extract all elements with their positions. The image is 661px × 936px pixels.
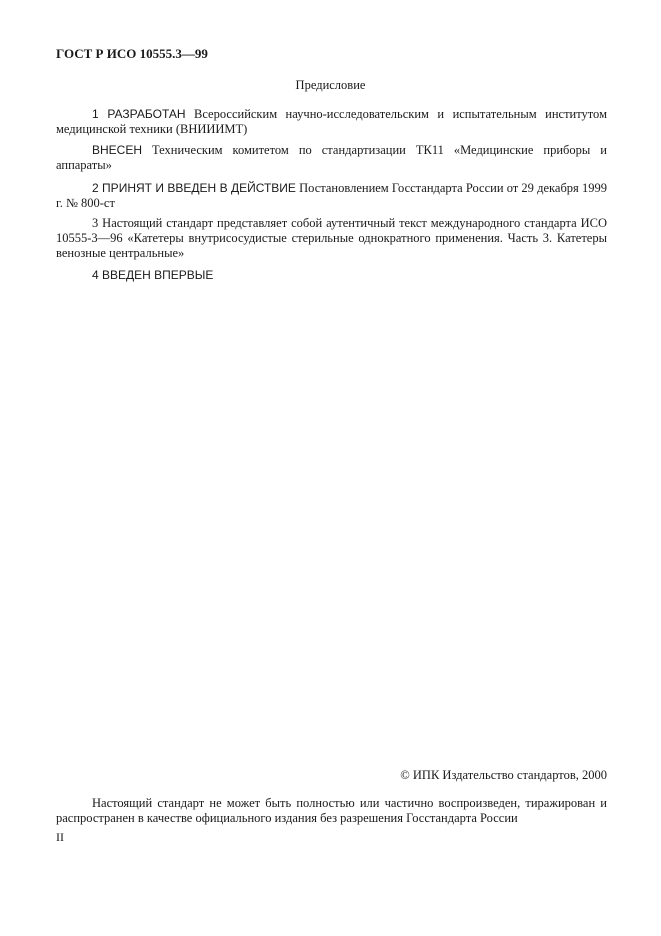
page-title: Предисловие xyxy=(0,78,661,93)
paragraph-first-introduced: 4 ВВЕДЕН ВПЕРВЫЕ xyxy=(56,268,607,283)
paragraph-lead: 2 ПРИНЯТ И ВВЕДЕН В ДЕЙСТВИЕ xyxy=(92,181,296,195)
paragraph-adopted: 2 ПРИНЯТ И ВВЕДЕН В ДЕЙСТВИЕ Постановлен… xyxy=(56,181,607,211)
reproduction-notice: Настоящий стандарт не может быть полност… xyxy=(56,796,607,826)
copyright-line: © ИПК Издательство стандартов, 2000 xyxy=(400,768,607,783)
paragraph-authentic-text: 3 Настоящий стандарт представляет собой … xyxy=(56,216,607,261)
document-header: ГОСТ Р ИСО 10555.3—99 xyxy=(56,46,208,62)
paragraph-lead: 1 РАЗРАБОТАН xyxy=(92,107,186,121)
page-number: II xyxy=(56,830,64,845)
paragraph-text: 3 Настоящий стандарт представляет собой … xyxy=(56,216,607,260)
paragraph-lead: ВНЕСЕН xyxy=(92,143,142,157)
paragraph-lead: 4 ВВЕДЕН ВПЕРВЫЕ xyxy=(92,268,213,282)
paragraph-developed-by: 1 РАЗРАБОТАН Всероссийским научно-исслед… xyxy=(56,107,607,137)
paragraph-introduced-by: ВНЕСЕН Техническим комитетом по стандарт… xyxy=(56,143,607,173)
